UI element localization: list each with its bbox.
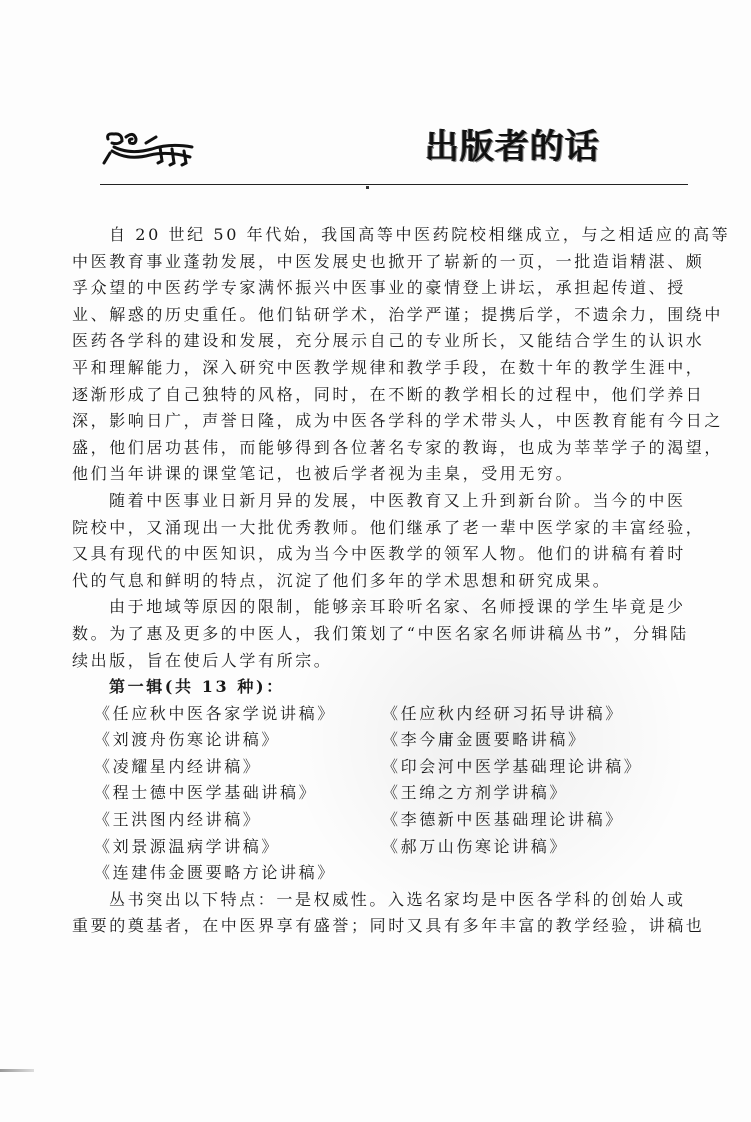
text-line: 丛书突出以下特点：一是权威性。入选名家均是中医各学科的创始人或 bbox=[72, 887, 692, 914]
text-line: 深，影响日广，声誉日隆，成为中医各学科的学术带头人，中医教育能有今日之 bbox=[72, 408, 692, 435]
paragraph-2: 随着中医事业日新月异的发展，中医教育又上升到新台阶。当今的中医 院校中，又涌现出… bbox=[72, 488, 692, 594]
book-title: 《李今庸金匮要略讲稿》 bbox=[382, 727, 587, 754]
text-line: 他们当年讲课的课堂笔记，也被后学者视为圭臬，受用无穷。 bbox=[72, 461, 692, 488]
text-line: 自 20 世纪 50 年代始，我国高等中医药院校相继成立，与之相适应的高等 bbox=[72, 222, 692, 249]
text-line: 重要的奠基者，在中医界享有盛誉；同时又具有多年丰富的教学经验，讲稿也 bbox=[72, 913, 692, 940]
text-line: 代的气息和鲜明的特点，沉淀了他们多年的学术思想和研究成果。 bbox=[72, 568, 692, 595]
book-title: 《刘景源温病学讲稿》 bbox=[94, 834, 280, 861]
text-line: 由于地域等原因的限制，能够亲耳聆听名家、名师授课的学生毕竟是少 bbox=[72, 594, 692, 621]
paragraph-3: 由于地域等原因的限制，能够亲耳聆听名家、名师授课的学生毕竟是少 数。为了惠及更多… bbox=[72, 594, 692, 674]
book-list: 《任应秋中医各家学说讲稿》 《刘渡舟伤寒论讲稿》 《凌耀星内经讲稿》 《程士德中… bbox=[72, 701, 692, 887]
text-line: 平和理解能力，深入研究中医教学规律和教学手段，在数十年的教学生涯中， bbox=[72, 355, 692, 382]
text-line: 逐渐形成了自己独特的风格，同时，在不断的教学相长的过程中，他们学养日 bbox=[72, 382, 692, 409]
book-title: 《王洪图内经讲稿》 bbox=[94, 807, 261, 834]
book-title: 《郝万山伤寒论讲稿》 bbox=[382, 834, 568, 861]
paragraph-4: 丛书突出以下特点：一是权威性。入选名家均是中医各学科的创始人或 重要的奠基者，在… bbox=[72, 887, 692, 940]
document-body: 自 20 世纪 50 年代始，我国高等中医药院校相继成立，与之相适应的高等 中医… bbox=[72, 222, 692, 940]
page-title: 出版者的话 bbox=[425, 125, 600, 169]
text-line: 随着中医事业日新月异的发展，中医教育又上升到新台阶。当今的中医 bbox=[72, 488, 692, 515]
book-title: 《连建伟金匮要略方论讲稿》 bbox=[94, 860, 336, 887]
divider-mark bbox=[366, 186, 369, 189]
text-line: 数。为了惠及更多的中医人，我们策划了“中医名家名师讲稿丛书”，分辑陆 bbox=[72, 621, 692, 648]
book-title: 《印会河中医学基础理论讲稿》 bbox=[382, 754, 642, 781]
book-title: 《任应秋中医各家学说讲稿》 bbox=[94, 701, 336, 728]
text-line: 业、解惑的历史重任。他们钻研学术，治学严谨；提携后学，不遗余力，围绕中 bbox=[72, 302, 692, 329]
text-line: 续出版，旨在使后人学有所宗。 bbox=[72, 648, 692, 675]
book-title: 《任应秋内经研习拓导讲稿》 bbox=[382, 701, 624, 728]
text-line: 中医教育事业蓬勃发展，中医发展史也掀开了崭新的一页，一批造诣精湛、颇 bbox=[72, 249, 692, 276]
book-title: 《李德新中医基础理论讲稿》 bbox=[382, 807, 624, 834]
text-line: 院校中，又涌现出一大批优秀教师。他们继承了老一辈中医学家的丰富经验， bbox=[72, 515, 692, 542]
paragraph-1: 自 20 世纪 50 年代始，我国高等中医药院校相继成立，与之相适应的高等 中医… bbox=[72, 222, 692, 488]
book-title: 《凌耀星内经讲稿》 bbox=[94, 754, 261, 781]
text-line: 医药各学科的建设和发展，充分展示自己的专业所长，又能结合学生的认识水 bbox=[72, 328, 692, 355]
book-title: 《刘渡舟伤寒论讲稿》 bbox=[94, 727, 280, 754]
header-divider bbox=[100, 184, 688, 185]
scan-edge-mark bbox=[0, 1069, 34, 1072]
volume-heading: 第一辑(共 13 种)： bbox=[72, 674, 692, 701]
book-title: 《程士德中医学基础讲稿》 bbox=[94, 780, 317, 807]
dragon-ornament-icon bbox=[100, 129, 200, 169]
text-line: 盛，他们居功甚伟，而能够得到各位著名专家的教诲，也成为莘莘学子的渴望， bbox=[72, 435, 692, 462]
book-title: 《王绵之方剂学讲稿》 bbox=[382, 780, 568, 807]
text-line: 孚众望的中医药学专家满怀振兴中医事业的豪情登上讲坛，承担起传道、授 bbox=[72, 275, 692, 302]
text-line: 又具有现代的中医知识，成为当今中医教学的领军人物。他们的讲稿有着时 bbox=[72, 541, 692, 568]
page-header: 出版者的话 bbox=[100, 125, 690, 185]
